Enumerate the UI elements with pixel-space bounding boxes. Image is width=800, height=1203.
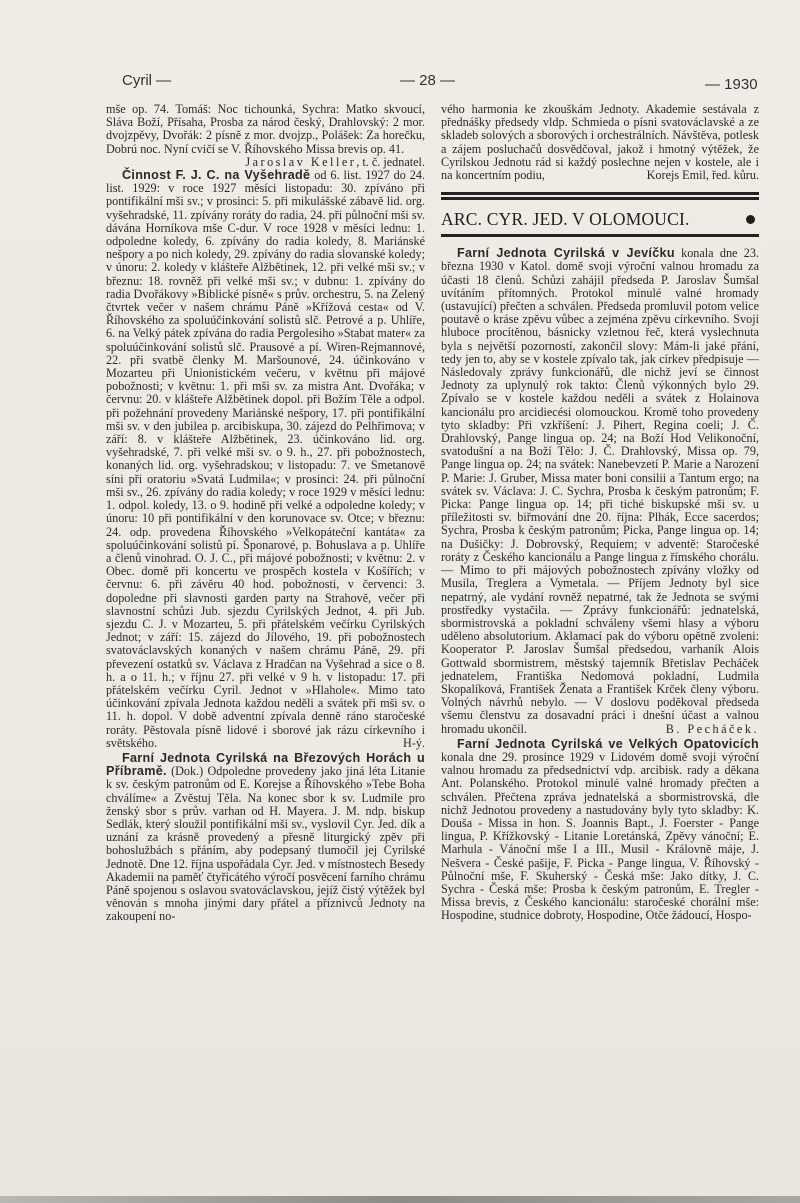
article-heading: Farní Jednota Cyrilská ve Velkých Opatov… — [457, 737, 759, 751]
page: Cyril — — 28 — — 1930 mše op. 74. Tomáš:… — [0, 0, 800, 1196]
article-heading: Farní Jednota Cyrilská v Jevíčku — [457, 246, 675, 260]
signature-name: Jaroslav Keller — [245, 155, 356, 169]
signature-role: , t. č. jednatel. — [356, 155, 425, 169]
paragraph-continuation: vého harmonia ke zkouškám Jednoty. Akade… — [441, 103, 759, 182]
article-body: (Dok.) Odpoledne provedeny jako jiná lét… — [106, 764, 425, 923]
article-brezove-hory: Farní Jednota Cyrilská na Březových Horá… — [106, 752, 425, 924]
left-column: mše op. 74. Tomáš: Noc tichounká, Sychra… — [106, 103, 425, 924]
article-body: konala dne 29. prosince 1929 v Lidovém d… — [441, 750, 759, 922]
paragraph-continuation: mše op. 74. Tomáš: Noc tichounká, Sychra… — [106, 103, 425, 156]
section-title: ARC. CYR. JED. V OLOMOUCI. — [441, 206, 759, 232]
article-body: od 6. list. 1927 do 24. list. 1929: v ro… — [106, 168, 425, 750]
article-heading: Činnost F. J. C. na Vyšehradě — [122, 168, 310, 182]
signature: H-ý. — [387, 737, 425, 750]
scan-edge — [0, 1196, 800, 1203]
article-body: konala dne 23. března 1930 v Katol. domě… — [441, 246, 759, 735]
signature: B. Pecháček. — [650, 723, 759, 736]
article-vysehrad: Činnost F. J. C. na Vyšehradě od 6. list… — [106, 169, 425, 750]
right-column: vého harmonia ke zkouškám Jednoty. Akade… — [441, 103, 759, 923]
year: — 1930 — [705, 76, 758, 93]
paragraph-text: mše op. 74. Tomáš: Noc tichounká, Sychra… — [106, 102, 425, 156]
bullet-icon — [746, 215, 755, 224]
section-title-text: ARC. CYR. JED. V OLOMOUCI. — [441, 213, 690, 226]
section-underline — [441, 234, 759, 237]
journal-title: Cyril — — [122, 72, 171, 89]
article-jevicko: Farní Jednota Cyrilská v Jevíčku konala … — [441, 247, 759, 736]
running-header: Cyril — — 28 — — 1930 — [0, 68, 800, 92]
article-velke-opatovice: Farní Jednota Cyrilská ve Velkých Opatov… — [441, 738, 759, 923]
section-divider — [441, 192, 759, 200]
page-number: — 28 — — [400, 72, 455, 89]
signature: Korejs Emil, řed. kůru. — [647, 169, 759, 182]
